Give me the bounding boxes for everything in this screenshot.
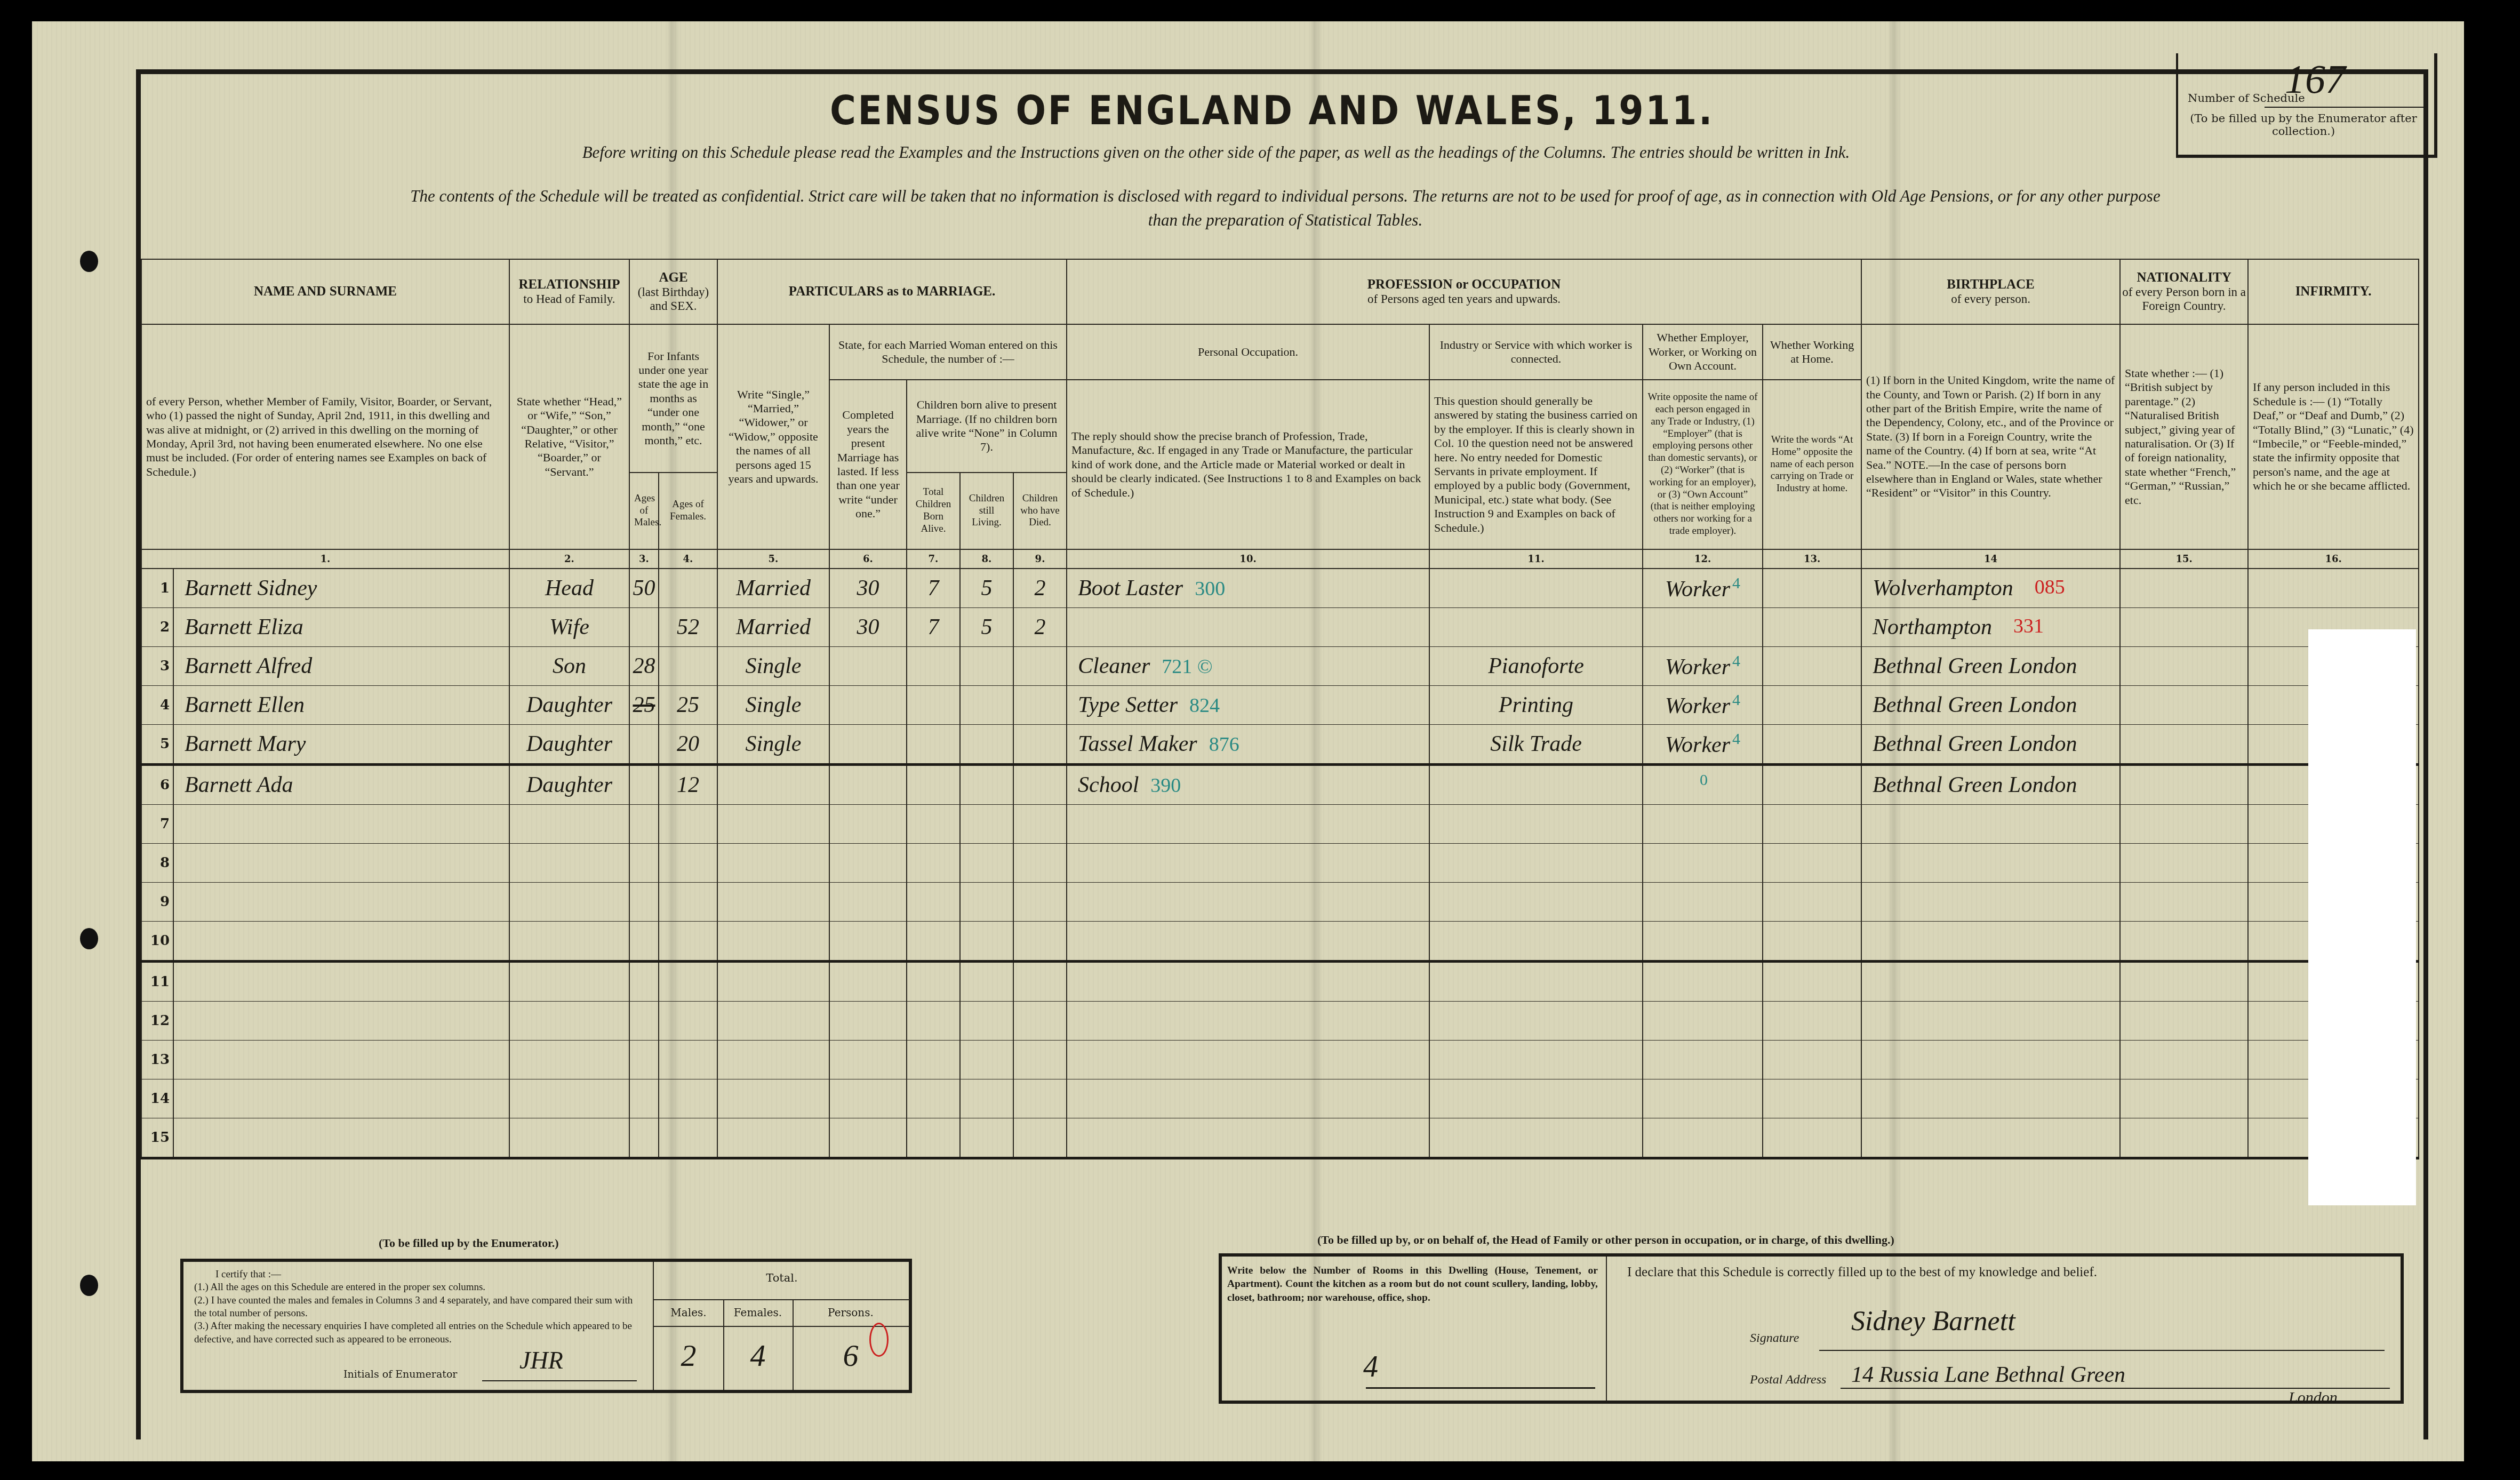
person-name-cell[interactable] [173, 1041, 509, 1079]
age-female-cell[interactable]: 12 [659, 765, 717, 805]
children-living-cell[interactable] [960, 725, 1013, 765]
relationship-cell[interactable] [509, 844, 629, 883]
marital-condition-cell[interactable] [717, 1041, 829, 1079]
birthplace-cell[interactable]: Northampton331 [1861, 608, 2120, 647]
marital-condition-cell[interactable] [717, 962, 829, 1002]
person-name-cell[interactable] [173, 844, 509, 883]
personal-occupation-cell[interactable]: Type Setter824 [1067, 686, 1429, 725]
working-at-home-cell[interactable] [1763, 922, 1861, 962]
birthplace-cell[interactable] [1861, 883, 2120, 922]
row-number-cell: 7 [141, 805, 173, 844]
person-name-cell[interactable] [173, 883, 509, 922]
age-female-cell[interactable] [659, 922, 717, 962]
working-at-home-cell[interactable] [1763, 1002, 1861, 1041]
redacted-region [2308, 629, 2416, 1205]
nationality-cell[interactable] [2120, 725, 2248, 765]
birthplace-cell[interactable] [1861, 1002, 2120, 1041]
nationality-cell[interactable] [2120, 1041, 2248, 1079]
marital-condition-cell[interactable] [717, 1002, 829, 1041]
birthplace-cell[interactable] [1861, 1041, 2120, 1079]
industry-cell[interactable] [1429, 962, 1643, 1002]
age-male-cell[interactable] [629, 1002, 659, 1041]
personal-occupation-cell[interactable] [1067, 962, 1429, 1002]
working-at-home-cell[interactable] [1763, 1118, 1861, 1158]
working-at-home-cell[interactable] [1763, 725, 1861, 765]
header-birthplace: BIRTHPLACEof every person. [1861, 259, 2120, 324]
nationality-cell[interactable] [2120, 922, 2248, 962]
age-male-cell[interactable] [629, 725, 659, 765]
row-number-cell: 1 [141, 569, 173, 608]
header-occupation: PROFESSION or OCCUPATIONof Persons aged … [1067, 259, 1861, 324]
children-total-cell[interactable] [907, 962, 960, 1002]
person-name-cell[interactable]: Barnett Ellen [173, 686, 509, 725]
relationship-cell[interactable]: Head [509, 569, 629, 608]
children-total-cell[interactable] [907, 805, 960, 844]
birthplace-code: 085 [2035, 575, 2065, 599]
children-living-cell[interactable]: 5 [960, 608, 1013, 647]
marital-condition-cell[interactable]: Married [717, 569, 829, 608]
employment-status-cell[interactable] [1643, 805, 1763, 844]
personal-occupation-cell[interactable] [1067, 844, 1429, 883]
marriage-years-cell[interactable] [829, 922, 907, 962]
children-total-cell[interactable] [907, 883, 960, 922]
marital-condition-cell[interactable] [717, 805, 829, 844]
person-name-cell[interactable] [173, 922, 509, 962]
personal-occupation-cell[interactable] [1067, 883, 1429, 922]
row-number-cell: 9 [141, 883, 173, 922]
nationality-cell[interactable] [2120, 765, 2248, 805]
header-nationality: NATIONALITYof every Person born in a For… [2120, 259, 2248, 324]
children-living-heading: Children still Living. [960, 473, 1013, 549]
relationship-cell[interactable] [509, 1079, 629, 1118]
age-female-cell[interactable] [659, 1118, 717, 1158]
children-living-cell[interactable] [960, 686, 1013, 725]
employment-status-cell[interactable]: Worker4 [1643, 647, 1763, 686]
personal-occupation-cell[interactable] [1067, 608, 1429, 647]
employment-status-cell[interactable]: Worker4 [1643, 686, 1763, 725]
age-female-cell[interactable] [659, 962, 717, 1002]
age-male-cell[interactable] [629, 805, 659, 844]
nationality-cell[interactable] [2120, 1118, 2248, 1158]
nationality-cell[interactable] [2120, 686, 2248, 725]
age-male-cell[interactable] [629, 1041, 659, 1079]
marriage-years-cell[interactable] [829, 1118, 907, 1158]
birthplace-cell[interactable]: Wolverhampton085 [1861, 569, 2120, 608]
relationship-cell[interactable] [509, 1002, 629, 1041]
schedule-number-value[interactable]: 167 [2285, 57, 2346, 103]
birthplace-cell[interactable] [1861, 1118, 2120, 1158]
birthplace-cell[interactable]: Bethnal Green London [1861, 686, 2120, 725]
column-number: 2. [509, 549, 629, 569]
working-at-home-cell[interactable] [1763, 805, 1861, 844]
person-name-cell[interactable]: Barnett Alfred [173, 647, 509, 686]
working-at-home-cell[interactable] [1763, 569, 1861, 608]
age-female-cell[interactable]: 52 [659, 608, 717, 647]
industry-cell[interactable] [1429, 844, 1643, 883]
schedule-number-line [2265, 107, 2425, 108]
age-female-cell[interactable] [659, 1041, 717, 1079]
children-total-cell[interactable] [907, 1079, 960, 1118]
column-number: 8. [960, 549, 1013, 569]
industry-cell[interactable] [1429, 1118, 1643, 1158]
enumerator-initials-value[interactable]: JHR [519, 1346, 563, 1374]
certification-text: I certify that :— (1.) All the ages on t… [194, 1268, 637, 1346]
children-died-cell[interactable] [1013, 1002, 1067, 1041]
birthplace-cell[interactable]: Bethnal Green London [1861, 765, 2120, 805]
birthplace-cell[interactable]: Bethnal Green London [1861, 725, 2120, 765]
industry-cell[interactable] [1429, 1041, 1643, 1079]
employment-status-cell[interactable] [1643, 1002, 1763, 1041]
age-male-cell[interactable] [629, 883, 659, 922]
signature-value[interactable]: Sidney Barnett [1851, 1306, 2015, 1337]
children-total-cell[interactable] [907, 647, 960, 686]
industry-cell[interactable] [1429, 608, 1643, 647]
employment-status-cell[interactable] [1643, 844, 1763, 883]
children-died-cell[interactable] [1013, 922, 1067, 962]
intro-line-1: Before writing on this Schedule please r… [320, 143, 2112, 162]
employment-code: 4 [1732, 574, 1740, 592]
age-female-cell[interactable] [659, 1079, 717, 1118]
marital-condition-cell[interactable]: Single [717, 686, 829, 725]
relationship-cell[interactable]: Daughter [509, 765, 629, 805]
table-row: 14 [141, 1079, 2419, 1118]
birthplace-cell[interactable] [1861, 844, 2120, 883]
head-section-label: (To be filled up by, or on behalf of, th… [1317, 1233, 2437, 1247]
person-name-cell[interactable] [173, 1079, 509, 1118]
age-male-cell[interactable] [629, 1079, 659, 1118]
infirmity-cell[interactable] [2248, 569, 2419, 608]
employment-status-cell[interactable]: Worker4 [1643, 569, 1763, 608]
employment-code: 4 [1732, 652, 1740, 670]
person-name-cell[interactable] [173, 962, 509, 1002]
marriage-years-cell[interactable] [829, 844, 907, 883]
relationship-cell[interactable] [509, 805, 629, 844]
personal-occupation-cell[interactable]: School390 [1067, 765, 1429, 805]
personal-occupation-cell[interactable]: Cleaner721 © [1067, 647, 1429, 686]
children-died-cell[interactable] [1013, 765, 1067, 805]
age-female-cell[interactable] [659, 647, 717, 686]
person-name-cell[interactable]: Barnett Ada [173, 765, 509, 805]
row-number-cell: 11 [141, 962, 173, 1002]
children-died-heading: Children who have Died. [1013, 473, 1067, 549]
marriage-years-cell[interactable] [829, 1041, 907, 1079]
column-number: 9. [1013, 549, 1067, 569]
intro-line-2: The contents of the Schedule will be tre… [155, 187, 2416, 206]
children-died-cell[interactable]: 2 [1013, 569, 1067, 608]
marriage-years-cell[interactable] [829, 883, 907, 922]
relationship-cell[interactable] [509, 883, 629, 922]
table-row: 2Barnett ElizaWife52Married30752Northamp… [141, 608, 2419, 647]
employment-status-cell[interactable] [1643, 1079, 1763, 1118]
dwelling-box: Write below the Number of Rooms in this … [1219, 1253, 2404, 1404]
age-male-cell[interactable]: 25 [629, 686, 659, 725]
children-living-cell[interactable] [960, 922, 1013, 962]
nationality-cell[interactable] [2120, 1079, 2248, 1118]
age-female-cell[interactable] [659, 569, 717, 608]
children-total-cell[interactable] [907, 844, 960, 883]
relationship-cell[interactable] [509, 1118, 629, 1158]
age-female-cell[interactable]: 20 [659, 725, 717, 765]
children-total-cell[interactable] [907, 922, 960, 962]
person-name-cell[interactable] [173, 1118, 509, 1158]
children-died-cell[interactable] [1013, 844, 1067, 883]
table-row: 7 [141, 805, 2419, 844]
industry-cell[interactable] [1429, 922, 1643, 962]
occupation-code: 824 [1189, 694, 1220, 717]
age-male-cell[interactable]: 50 [629, 569, 659, 608]
column-number: 15. [2120, 549, 2248, 569]
marital-condition-cell[interactable]: Single [717, 725, 829, 765]
personal-occupation-cell[interactable]: Boot Laster300 [1067, 569, 1429, 608]
children-died-cell[interactable]: 2 [1013, 608, 1067, 647]
marriage-years-cell[interactable] [829, 1079, 907, 1118]
row-number-cell: 5 [141, 725, 173, 765]
marital-condition-cell[interactable] [717, 922, 829, 962]
personal-occupation-instructions: The reply should show the precise branch… [1067, 380, 1429, 549]
employment-code: 4 [1732, 730, 1740, 748]
children-died-cell[interactable] [1013, 686, 1067, 725]
postal-address-label: Postal Address [1750, 1373, 1826, 1387]
nationality-cell[interactable] [2120, 883, 2248, 922]
industry-cell[interactable] [1429, 1079, 1643, 1118]
employment-status-cell[interactable] [1643, 1041, 1763, 1079]
employment-status-cell[interactable] [1643, 962, 1763, 1002]
working-at-home-cell[interactable] [1763, 647, 1861, 686]
marriage-years-cell[interactable] [829, 1002, 907, 1041]
age-male-cell[interactable] [629, 765, 659, 805]
age-female-cell[interactable] [659, 805, 717, 844]
person-name-cell[interactable] [173, 1002, 509, 1041]
age-male-cell[interactable]: 28 [629, 647, 659, 686]
table-row: 1Barnett SidneyHead50Married30752Boot La… [141, 569, 2419, 608]
marriage-years-cell[interactable] [829, 765, 907, 805]
marital-condition-cell[interactable] [717, 1079, 829, 1118]
age-infant-instructions: For Infants under one year state the age… [629, 324, 717, 473]
marriage-years-cell[interactable] [829, 725, 907, 765]
row-number-cell: 14 [141, 1079, 173, 1118]
children-living-cell[interactable] [960, 962, 1013, 1002]
birthplace-cell[interactable] [1861, 805, 2120, 844]
marriage-years-cell[interactable] [829, 686, 907, 725]
employment-code: 4 [1732, 691, 1740, 709]
relationship-cell[interactable] [509, 922, 629, 962]
children-total-cell[interactable] [907, 725, 960, 765]
birthplace-cell[interactable] [1861, 962, 2120, 1002]
marital-condition-cell[interactable] [717, 1118, 829, 1158]
column-number: 11. [1429, 549, 1643, 569]
married-woman-instructions: State, for each Married Woman entered on… [829, 324, 1067, 380]
employment-status-cell[interactable] [1643, 922, 1763, 962]
children-living-cell[interactable] [960, 1041, 1013, 1079]
nationality-cell[interactable] [2120, 569, 2248, 608]
children-living-cell[interactable] [960, 765, 1013, 805]
children-died-cell[interactable] [1013, 1118, 1067, 1158]
marriage-years-cell[interactable]: 30 [829, 608, 907, 647]
header-age: AGE(last Birthday) and SEX. [629, 259, 717, 324]
age-female-cell[interactable]: 25 [659, 686, 717, 725]
column-number: 3. [629, 549, 659, 569]
working-at-home-cell[interactable] [1763, 1041, 1861, 1079]
children-total-cell[interactable] [907, 1118, 960, 1158]
birthplace-instructions: (1) If born in the United Kingdom, write… [1861, 324, 2120, 549]
marriage-years-cell[interactable] [829, 647, 907, 686]
age-female-cell[interactable] [659, 883, 717, 922]
children-living-cell[interactable] [960, 1118, 1013, 1158]
industry-cell[interactable] [1429, 569, 1643, 608]
birthplace-cell[interactable]: Bethnal Green London [1861, 647, 2120, 686]
postal-address-value[interactable]: 14 Russia Lane Bethnal Green [1851, 1362, 2125, 1388]
marital-condition-cell[interactable] [717, 844, 829, 883]
working-at-home-cell[interactable] [1763, 1079, 1861, 1118]
total-males[interactable]: Males.2 [654, 1299, 724, 1390]
personal-occupation-cell[interactable] [1067, 1118, 1429, 1158]
person-name-cell[interactable] [173, 805, 509, 844]
relationship-cell[interactable] [509, 1041, 629, 1079]
children-died-cell[interactable] [1013, 1079, 1067, 1118]
industry-cell[interactable] [1429, 765, 1643, 805]
employment-status-cell[interactable]: Worker4 [1643, 725, 1763, 765]
table-row: 9 [141, 883, 2419, 922]
industry-cell[interactable] [1429, 883, 1643, 922]
birthplace-cell[interactable] [1861, 922, 2120, 962]
working-at-home-cell[interactable] [1763, 686, 1861, 725]
children-born-instructions: Children born alive to present Marriage.… [907, 380, 1067, 473]
children-total-cell[interactable] [907, 686, 960, 725]
working-at-home-cell[interactable] [1763, 962, 1861, 1002]
rooms-count[interactable]: 4 [1363, 1350, 1378, 1384]
marriage-years-cell[interactable] [829, 805, 907, 844]
personal-occupation-cell[interactable] [1067, 922, 1429, 962]
relationship-cell[interactable]: Daughter [509, 725, 629, 765]
children-total-cell[interactable] [907, 1041, 960, 1079]
industry-cell[interactable]: Silk Trade [1429, 725, 1643, 765]
table-row: 12 [141, 1002, 2419, 1041]
industry-cell[interactable] [1429, 1002, 1643, 1041]
age-female-cell[interactable] [659, 844, 717, 883]
employment-status-cell[interactable]: 0 [1643, 765, 1763, 805]
nationality-cell[interactable] [2120, 805, 2248, 844]
person-name-cell[interactable]: Barnett Eliza [173, 608, 509, 647]
totals-box: Total. Males.2 Females.4 Persons.6 [653, 1262, 910, 1390]
children-living-cell[interactable] [960, 883, 1013, 922]
header-infirmity: INFIRMITY. [2248, 259, 2419, 324]
marriage-years-cell[interactable] [829, 962, 907, 1002]
children-total-cell[interactable]: 7 [907, 608, 960, 647]
nationality-cell[interactable] [2120, 962, 2248, 1002]
working-at-home-cell[interactable] [1763, 608, 1861, 647]
children-died-cell[interactable] [1013, 725, 1067, 765]
person-name-cell[interactable]: Barnett Mary [173, 725, 509, 765]
rooms-section: Write below the Number of Rooms in this … [1222, 1257, 1607, 1401]
age-male-cell[interactable] [629, 844, 659, 883]
children-living-cell[interactable] [960, 1079, 1013, 1118]
condition-instructions: Write “Single,” “Married,” “Widower,” or… [717, 324, 829, 549]
occupation-code: 300 [1195, 578, 1225, 600]
relationship-cell[interactable] [509, 962, 629, 1002]
working-at-home-cell[interactable] [1763, 883, 1861, 922]
working-at-home-cell[interactable] [1763, 765, 1861, 805]
personal-occupation-cell[interactable] [1067, 1041, 1429, 1079]
relationship-cell[interactable]: Daughter [509, 686, 629, 725]
marriage-years-instructions: Completed years the present Marriage has… [829, 380, 907, 549]
header-name: NAME AND SURNAME [141, 259, 509, 324]
marital-condition-cell[interactable] [717, 883, 829, 922]
postal-address-line2[interactable]: London [2289, 1389, 2338, 1407]
age-female-cell[interactable] [659, 1002, 717, 1041]
nationality-cell[interactable] [2120, 608, 2248, 647]
nationality-cell[interactable] [2120, 844, 2248, 883]
children-living-cell[interactable] [960, 647, 1013, 686]
row-number-cell: 3 [141, 647, 173, 686]
children-total-cell[interactable]: 7 [907, 569, 960, 608]
marital-condition-cell[interactable] [717, 765, 829, 805]
age-male-cell[interactable] [629, 922, 659, 962]
row-number-cell: 6 [141, 765, 173, 805]
relationship-cell[interactable]: Son [509, 647, 629, 686]
total-persons[interactable]: Persons.6 [793, 1299, 909, 1390]
employment-status-cell[interactable] [1643, 608, 1763, 647]
children-living-cell[interactable]: 5 [960, 569, 1013, 608]
personal-occupation-cell[interactable] [1067, 805, 1429, 844]
employment-status-cell[interactable] [1643, 1118, 1763, 1158]
children-died-cell[interactable] [1013, 962, 1067, 1002]
industry-cell[interactable]: Printing [1429, 686, 1643, 725]
children-died-cell[interactable] [1013, 647, 1067, 686]
personal-occupation-cell[interactable] [1067, 1079, 1429, 1118]
nationality-cell[interactable] [2120, 647, 2248, 686]
industry-cell[interactable]: Pianoforte [1429, 647, 1643, 686]
marital-condition-cell[interactable]: Single [717, 647, 829, 686]
occupation-code: 390 [1150, 774, 1181, 797]
relationship-cell[interactable]: Wife [509, 608, 629, 647]
age-male-cell[interactable] [629, 962, 659, 1002]
marital-condition-cell[interactable]: Married [717, 608, 829, 647]
table-row: 11 [141, 962, 2419, 1002]
industry-cell[interactable] [1429, 805, 1643, 844]
employment-status-cell[interactable] [1643, 883, 1763, 922]
personal-occupation-cell[interactable] [1067, 1002, 1429, 1041]
children-total-cell[interactable] [907, 765, 960, 805]
children-living-cell[interactable] [960, 1002, 1013, 1041]
children-living-cell[interactable] [960, 805, 1013, 844]
header-relationship: RELATIONSHIPto Head of Family. [509, 259, 629, 324]
nationality-cell[interactable] [2120, 1002, 2248, 1041]
birthplace-code: 331 [2013, 614, 2044, 638]
row-number-cell: 2 [141, 608, 173, 647]
employment-code: 0 [1700, 771, 1708, 789]
row-number-cell: 15 [141, 1118, 173, 1158]
home-instructions: Write the words “At Home” opposite the n… [1763, 380, 1861, 549]
children-total-cell[interactable] [907, 1002, 960, 1041]
age-male-cell[interactable] [629, 608, 659, 647]
column-number: 10. [1067, 549, 1429, 569]
working-at-home-cell[interactable] [1763, 844, 1861, 883]
children-died-cell[interactable] [1013, 805, 1067, 844]
marriage-years-cell[interactable]: 30 [829, 569, 907, 608]
children-died-cell[interactable] [1013, 1041, 1067, 1079]
birthplace-cell[interactable] [1861, 1079, 2120, 1118]
total-females[interactable]: Females.4 [723, 1299, 794, 1390]
totals-heading: Total. [654, 1262, 910, 1300]
column-number: 7. [907, 549, 960, 569]
page-title: CENSUS OF ENGLAND AND WALES, 1911. [127, 88, 2417, 134]
column-number: 16. [2248, 549, 2419, 569]
children-living-cell[interactable] [960, 844, 1013, 883]
person-name-cell[interactable]: Barnett Sidney [173, 569, 509, 608]
age-male-cell[interactable] [629, 1118, 659, 1158]
personal-occupation-cell[interactable]: Tassel Maker876 [1067, 725, 1429, 765]
children-died-cell[interactable] [1013, 883, 1067, 922]
